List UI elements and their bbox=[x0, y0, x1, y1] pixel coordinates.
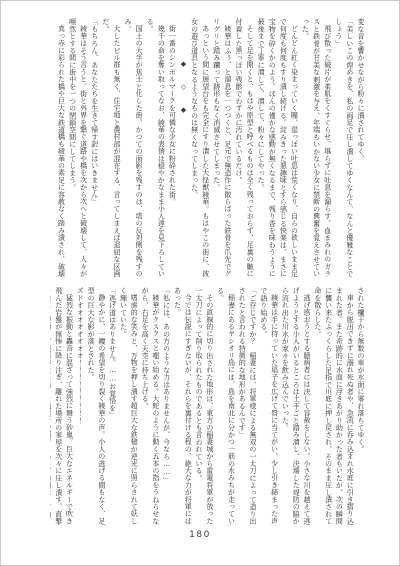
paragraph: 綾華はふぅ、と溜息を一つつくと、足元で無造作に散らばった鉄骨を爪先でグリグリと踏… bbox=[211, 18, 233, 284]
paragraph: 「美しいこの煌めきを、私の両足で圧し潰してゆくなんて、なんと優雅なことでしょう」 bbox=[333, 18, 355, 284]
paragraph: 綾華は手に持っていた扇子を広げて唇に当てがい、少し引き締まった声で語り始める。 bbox=[258, 287, 280, 528]
paragraph: された欄干から無数の車が水面に零れ落ちてゆく。 bbox=[355, 287, 366, 528]
paragraph: 大したビル群も無く、住宅地と農村部が混在する、言ってしまえば退屈な区画だ。 bbox=[100, 18, 122, 284]
paragraph: そして足を開くと、もはや原型と呼べるものは全く残っておらず、足裏の皺に付着した黒… bbox=[233, 18, 255, 284]
page-number: 180 bbox=[1, 530, 399, 540]
paragraph: 猛烈な振動と轟音に混ざって強烈に舞う砂嵐。巨大なエネルギーで吹き飛んだ岩盤が無惨… bbox=[50, 287, 74, 528]
paragraph: 綾華がクスクスと嗤い始める。大蛇のように動く五本の指をうねらせながら、右足を高く… bbox=[139, 287, 161, 528]
upper-text-block: 変な音を響かせながら粉々に潰されてゆく。「美しいこの煌めきを、私の両足で圧し潰し… bbox=[50, 18, 366, 284]
paragraph: 「逃げ道はありません。……お覚悟を」 bbox=[107, 287, 118, 528]
paragraph: 静やかに、一縷の希望を切り裂く綾華の声。小人の逃げる間もなく、足型の巨大な影が落… bbox=[85, 287, 107, 528]
lower-text-block: された欄干から無数の車が水面に零れ落ちてゆく。車から脱出できずに溺れ死ぬ者や、急… bbox=[50, 287, 366, 528]
paragraph: 変な音を響かせながら粉々に潰されてゆく。 bbox=[355, 18, 366, 284]
paragraph: 稲妻にあるヤシオリ島には、島を南北に分かつ一筋の水みちが走っている。 bbox=[215, 287, 237, 528]
paragraph: 国土の大半が焦土と化した街。かつての面影を残すのは、塔の反対側を残すのみ。 bbox=[122, 18, 144, 284]
paragraph: ズドオオオオオオオオ！！！！！！！！！ bbox=[74, 287, 85, 528]
paragraph: 嗜虐的な笑みと、万物を押し潰す超巨大な鉄槌が逆光に照らされて妖しく輝いていた。 bbox=[118, 287, 140, 528]
paragraph: 真っ赤に彩られた橋や巨大な鉄道橋も綾華の素足に容赦なく踏み潰され、破壊 bbox=[55, 18, 66, 284]
scene-divider: ◆ ◇ ◆ bbox=[177, 18, 188, 284]
paragraph: 「もちろん、あなたたちを生きて帰す訳にはいきません」 bbox=[89, 18, 100, 284]
paragraph: 逃げ惑おうとする臆病者には決して容赦をしない。小さな川を越えて逃げようとする小人… bbox=[280, 287, 312, 528]
paragraph: どんどん紅く染まっていく瞳、湿っぽい吐息は荒くなり、自らの欲しいまま足で何度も何… bbox=[255, 18, 299, 284]
paragraph: 今では伝説にすぎないが、それらを裏付ける程の、絶大な力が将軍にはあった。 bbox=[172, 287, 194, 528]
paragraph: 綾華はそう言うと、街と外界を繋ぐ道路や橋を次から次へと破壊して、人々が唖然とする… bbox=[66, 18, 88, 284]
paragraph: 「私には、あの方のような力はありませんが、今なら……」 bbox=[161, 287, 172, 528]
paragraph: 街一番のシンボルマークを可憐な少女に粉砕された街。 bbox=[166, 18, 177, 284]
book-page: 変な音を響かせながら粉々に潰されてゆく。「美しいこの煌めきを、私の両足で圧し潰し… bbox=[0, 0, 400, 566]
paragraph: その直線的に切り出された地形は、東方の稲妻城から雷電将軍が放った一太刀によって削… bbox=[193, 287, 215, 528]
paragraph: 飛び散った破片が柔肌をくすぐらせ、堪らずに吐息を漏らす。血まみれのガラスと鉄骨が… bbox=[299, 18, 332, 284]
paragraph: 幾千の命を奪い取ってなお、綾華の表情は穏やかなまま小人達を見下ろしている。 bbox=[144, 18, 166, 284]
paragraph: 車から脱出できずに溺れ死ぬ者や、急流に呑み込まれ水底に引き摺り込まれた者。また奇… bbox=[312, 287, 355, 528]
paragraph: あっという間に展望台をも完全にすり潰した大怪獣綾華。もはやこの街に、彼女の遊び道… bbox=[189, 18, 211, 284]
paragraph: 「ご存じですか？ 稲妻には、将軍様による無双の一太刀によって造り出されたと言われ… bbox=[236, 287, 258, 528]
